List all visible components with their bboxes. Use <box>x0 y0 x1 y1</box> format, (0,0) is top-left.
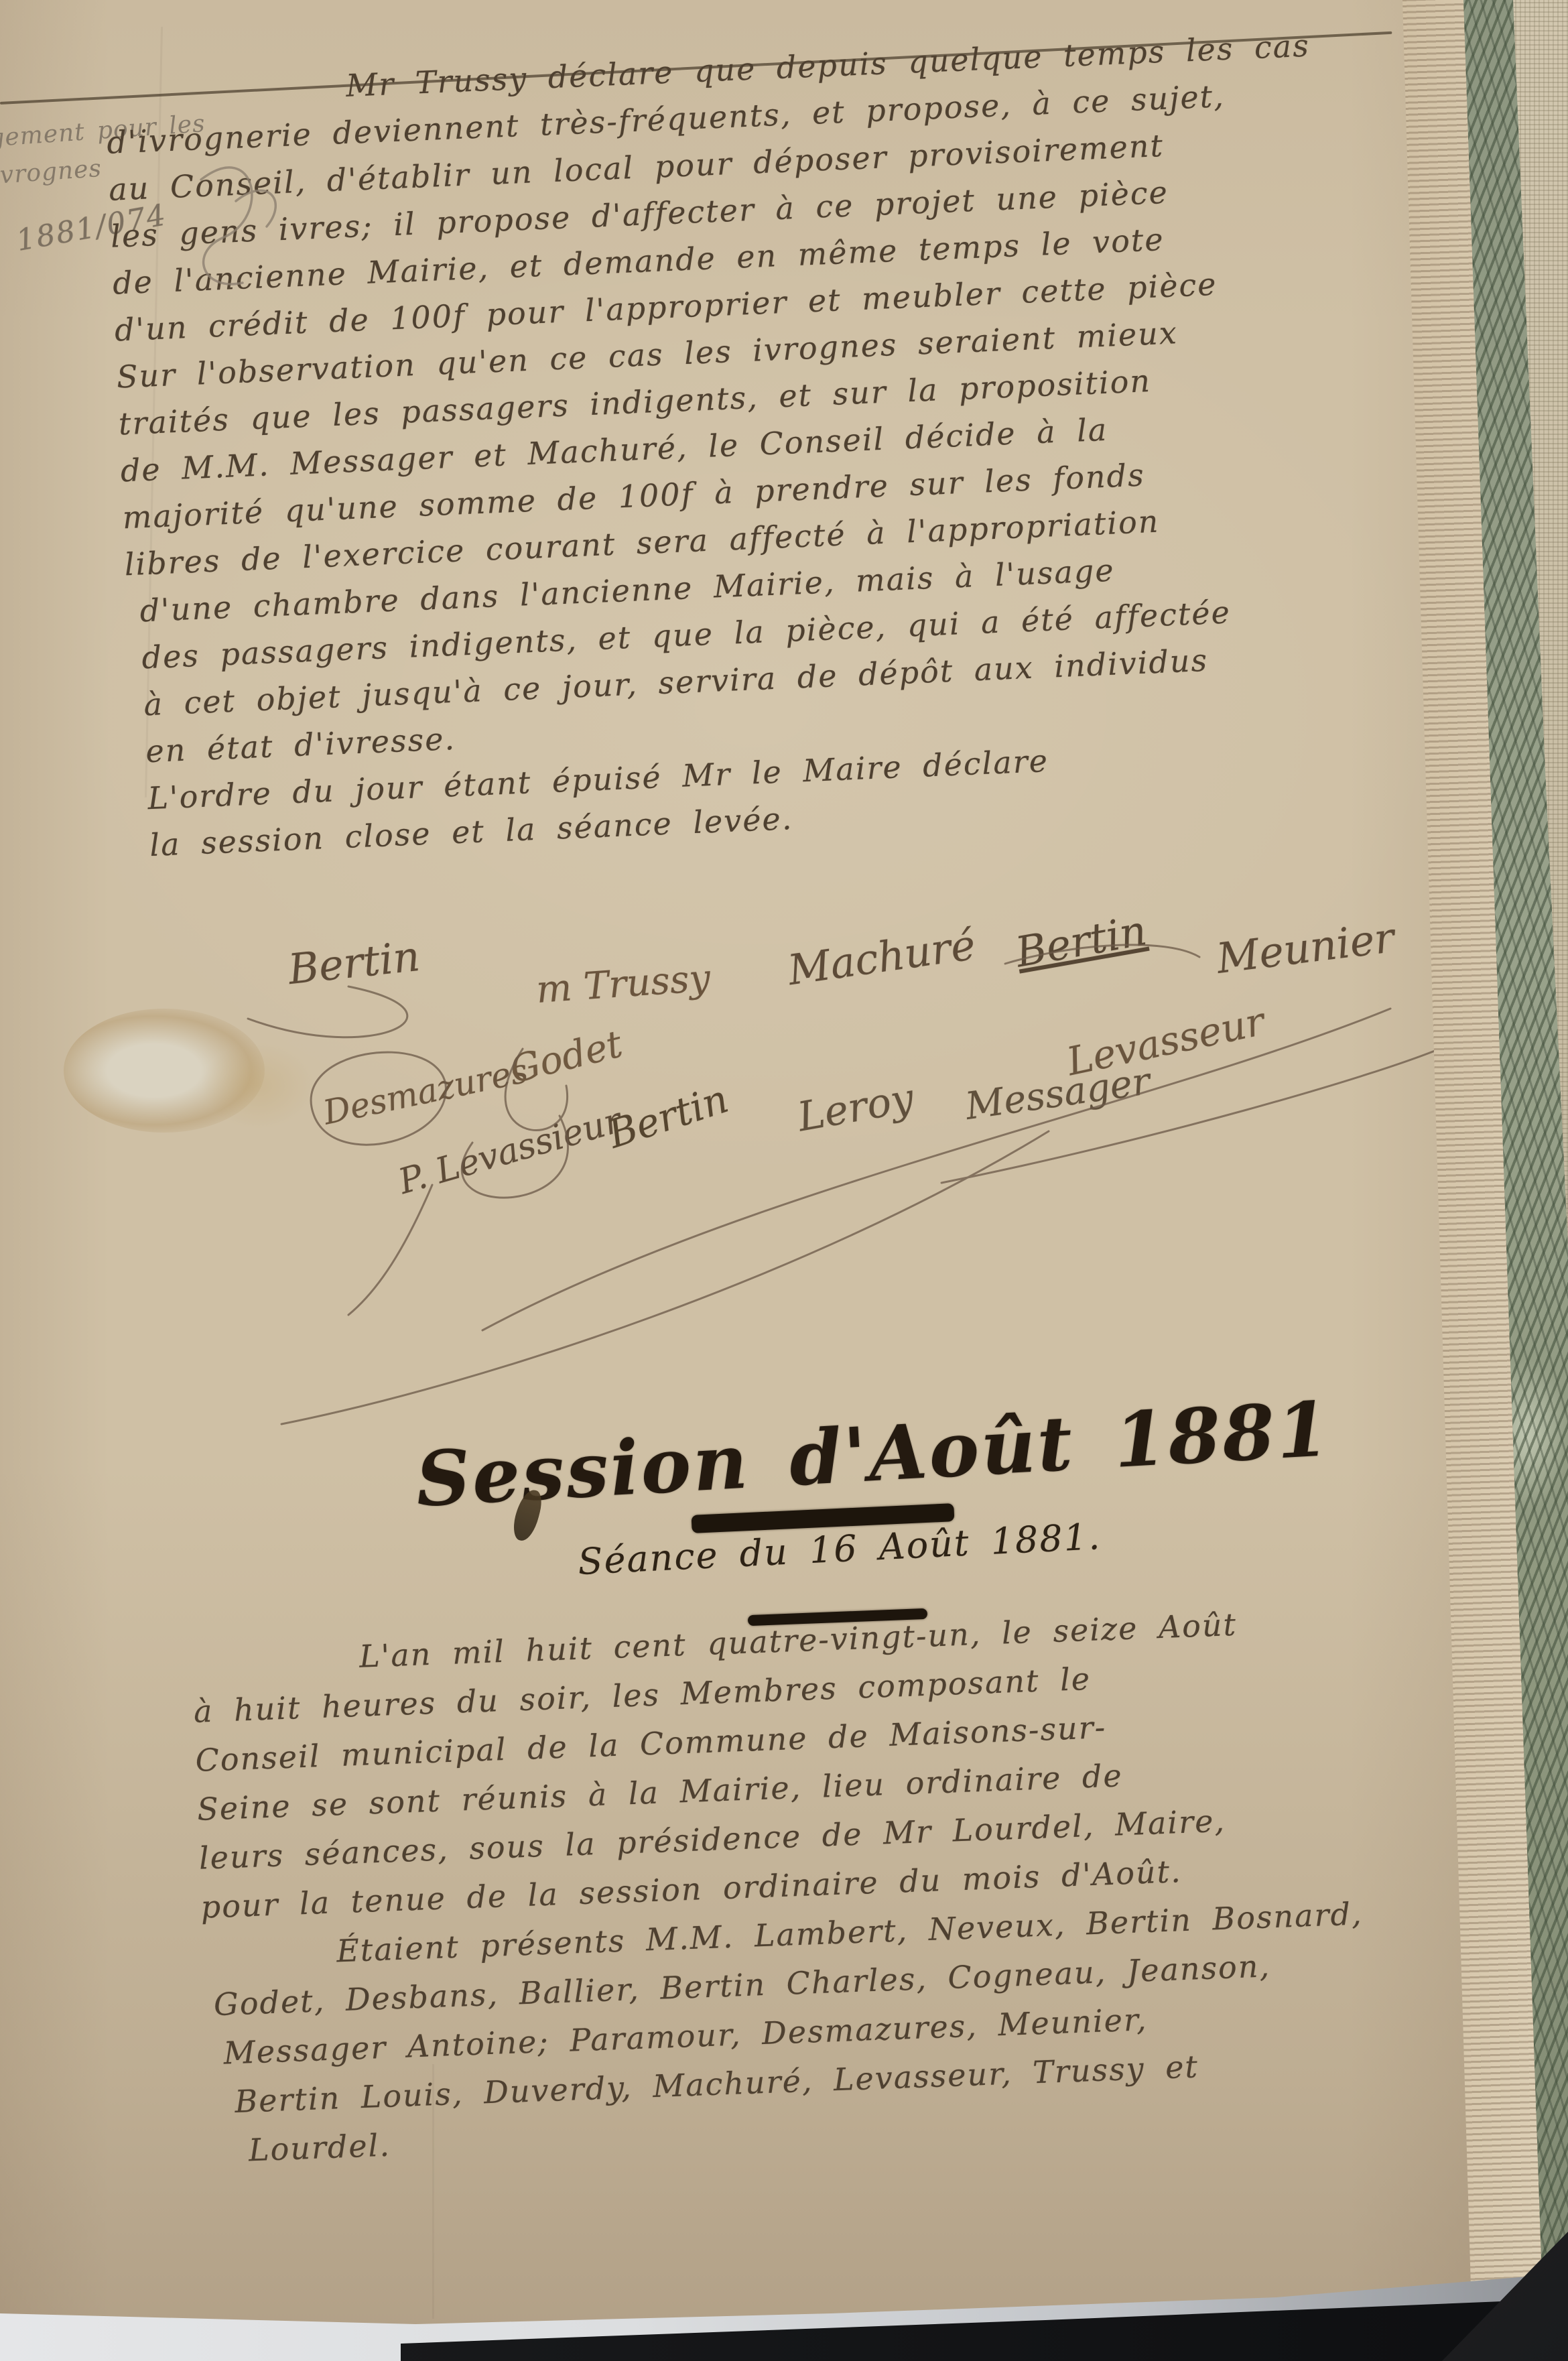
paper-stain-small <box>201 1042 315 1129</box>
signature-meunier: Meunier <box>1214 913 1397 983</box>
signature-p-levassieur: P. Levassieur <box>394 1100 626 1202</box>
signature-desmazures: Desmazures <box>320 1051 531 1132</box>
signature-trussy: m Trussy <box>535 956 712 1012</box>
signature-bertin: Bertin <box>286 932 422 994</box>
deliberation-text: Mr Trussy déclare que depuis quelque tem… <box>104 18 1436 869</box>
signature-messager: Messager <box>963 1060 1153 1129</box>
signature-machure: Machuré <box>785 920 978 995</box>
signature-bertin-3: Bertin <box>602 1076 734 1157</box>
register-page-photo: gement pour les ivrognes 1881/074 Mr Tru… <box>0 0 1568 2361</box>
signature-leroy: Leroy <box>794 1074 917 1141</box>
signature-bertin-2: Bertin <box>1012 905 1150 976</box>
seance-text: L'an mil huit cent quatre-vingt-un, le s… <box>191 1592 1469 2176</box>
signature-godet: Godet <box>506 1022 627 1092</box>
